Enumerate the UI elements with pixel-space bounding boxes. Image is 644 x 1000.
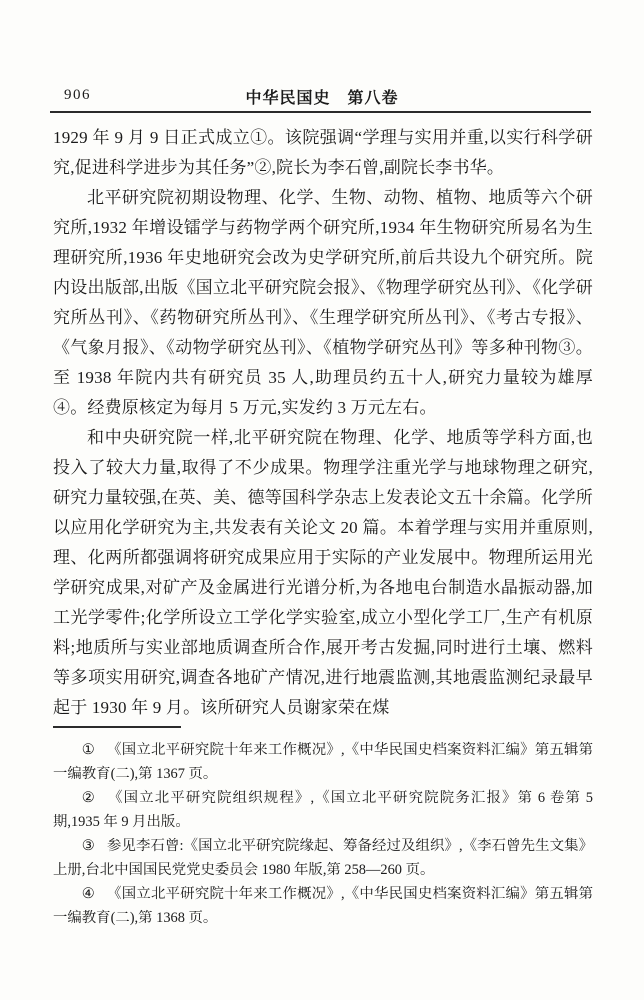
paragraph: 北平研究院初期设物理、化学、生物、动物、植物、地质等六个研究所,1932 年增设… xyxy=(53,183,593,423)
footnote: ①《国立北平研究院十年来工作概况》,《中华民国史档案资料汇编》第五辑第一编教育(… xyxy=(53,738,593,786)
footnote: ②《国立北平研究院组织规程》,《国立北平研究院院务汇报》第 6 卷第 5 期,1… xyxy=(53,786,593,834)
footnote-marker: ③ xyxy=(82,838,95,854)
running-head-title: 中华民国史 第八卷 xyxy=(0,85,644,108)
footnote-text: 《国立北平研究院十年来工作概况》,《中华民国史档案资料汇编》第五辑第一编教育(二… xyxy=(53,742,593,782)
header-rule xyxy=(50,111,591,113)
footnote: ④《国立北平研究院十年来工作概况》,《中华民国史档案资料汇编》第五辑第一编教育(… xyxy=(53,882,593,930)
paragraph: 和中央研究院一样,北平研究院在物理、化学、地质等学科方面,也投入了较大力量,取得… xyxy=(53,423,593,723)
footnote-separator-rule xyxy=(53,726,181,728)
footnote-text: 《国立北平研究院十年来工作概况》,《中华民国史档案资料汇编》第五辑第一编教育(二… xyxy=(53,886,593,926)
footnotes: ①《国立北平研究院十年来工作概况》,《中华民国史档案资料汇编》第五辑第一编教育(… xyxy=(53,738,593,930)
footnote-marker: ① xyxy=(82,742,95,758)
footnote-marker: ② xyxy=(82,790,96,806)
footnote-text: 参见李石曾:《国立北平研究院缘起、筹备经过及组织》,《李石曾先生文集》上册,台北… xyxy=(53,838,593,878)
footnote-marker: ④ xyxy=(82,886,95,902)
footnote: ③参见李石曾:《国立北平研究院缘起、筹备经过及组织》,《李石曾先生文集》上册,台… xyxy=(53,834,593,882)
book-page: 906 中华民国史 第八卷 1929 年 9 月 9 日正式成立①。该院强调“学… xyxy=(0,0,644,1000)
paragraph: 1929 年 9 月 9 日正式成立①。该院强调“学理与实用并重,以实行科学研究… xyxy=(53,123,593,183)
body-text: 1929 年 9 月 9 日正式成立①。该院强调“学理与实用并重,以实行科学研究… xyxy=(53,123,593,723)
footnote-text: 《国立北平研究院组织规程》,《国立北平研究院院务汇报》第 6 卷第 5 期,19… xyxy=(53,790,593,830)
